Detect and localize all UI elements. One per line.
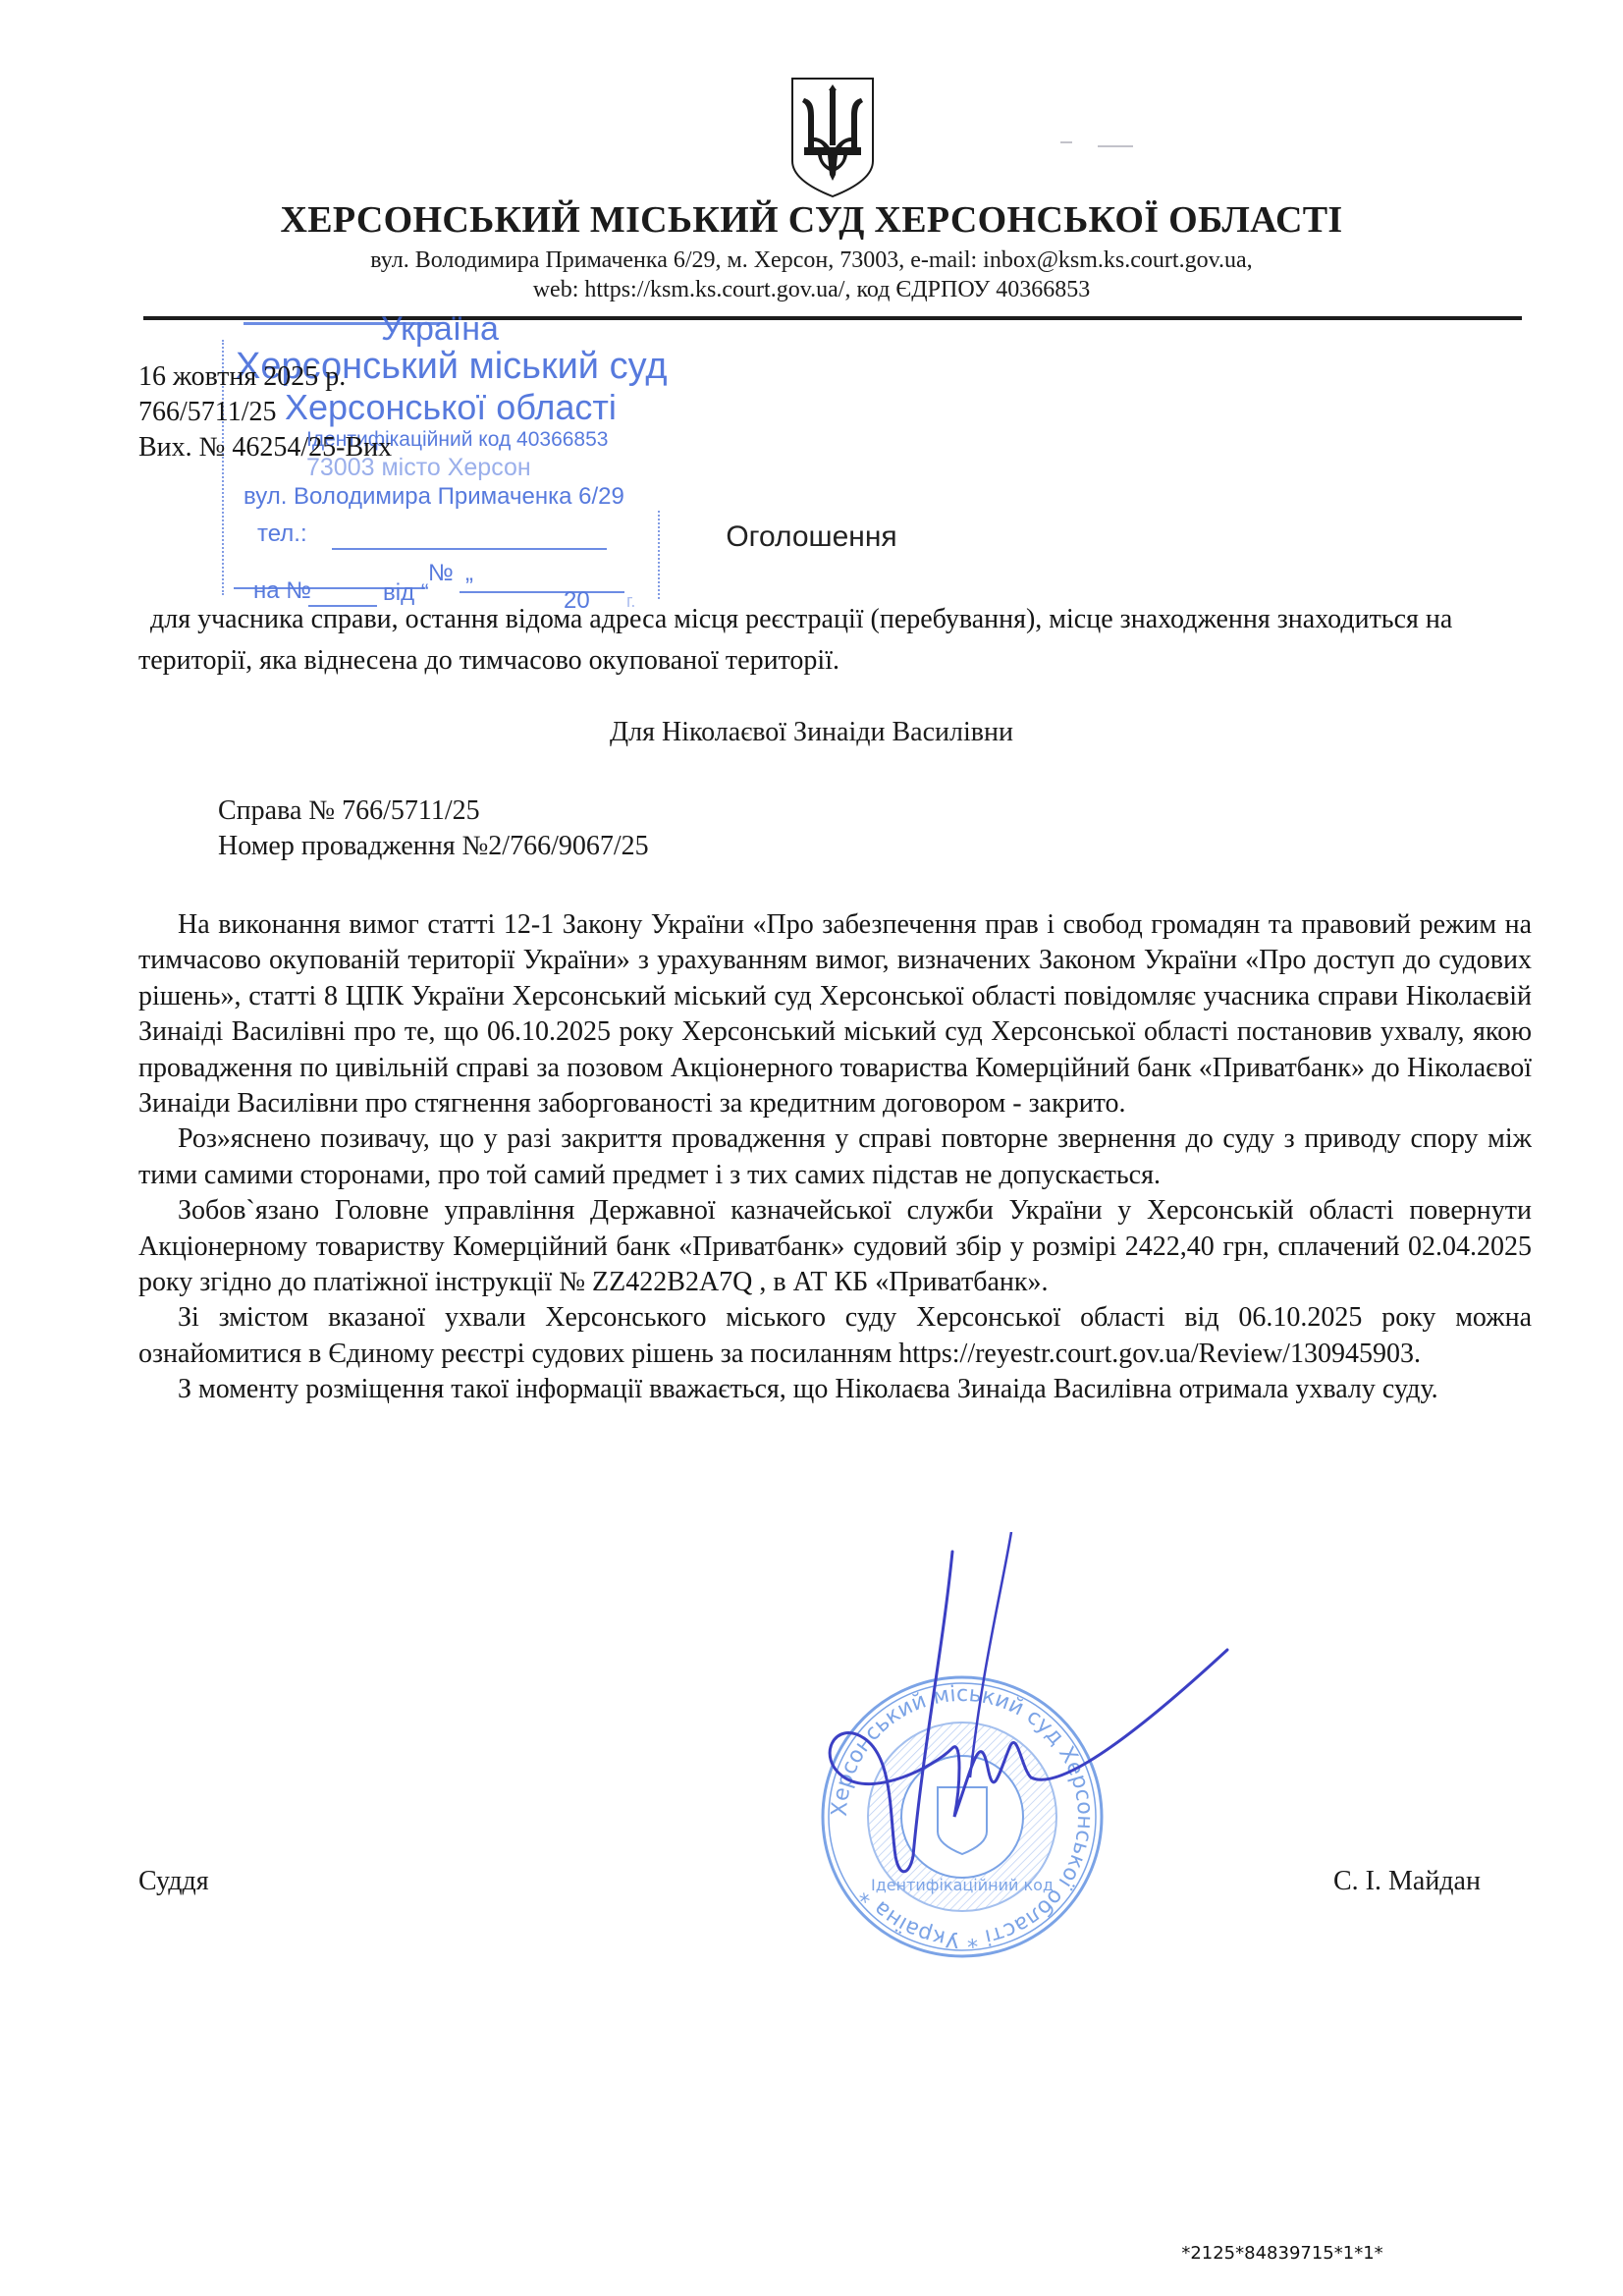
scan-smudge xyxy=(1098,145,1133,147)
stamp-line-street: вул. Володимира Примаченка 6/29 xyxy=(243,483,624,511)
judge-role: Суддя xyxy=(138,1866,209,1897)
judge-name: С. І. Майдан xyxy=(1333,1866,1481,1897)
body-paragraph: Зі змістом вказаної ухвали Херсонського … xyxy=(138,1300,1532,1372)
court-title: ХЕРСОНСЬКИЙ МІСЬКИЙ СУД ХЕРСОНСЬКОЇ ОБЛА… xyxy=(0,198,1623,242)
proceeding-number: Номер провадження №2/766/9067/25 xyxy=(218,831,649,862)
announcement-subtitle: для учасника справи, остання відома адре… xyxy=(138,599,1533,682)
stamp-quote-close: ” xyxy=(465,574,473,601)
stamp-reply-to-line xyxy=(308,605,377,607)
outgoing-number: Вих. № 46254/25-Вих xyxy=(138,432,392,464)
court-web-and-code: web: https://ksm.ks.court.gov.ua/, код Є… xyxy=(0,277,1623,303)
stamp-year-suffix: г. xyxy=(626,591,635,612)
body-paragraph: Роз»яснено позивачу, що у разі закриття … xyxy=(138,1121,1532,1193)
barcode-number: *2125*84839715*1*1* xyxy=(1031,2243,1534,2264)
stamp-year-label: 20 xyxy=(564,587,590,615)
body-paragraph: Зобов`язано Головне управління Державної… xyxy=(138,1193,1532,1300)
stamp-from-label: від “ xyxy=(383,579,429,607)
letter-date: 16 жовтня 2025 р. xyxy=(138,361,346,393)
document-barcode xyxy=(1031,2217,1534,2243)
stamp-number-line xyxy=(460,591,624,593)
scan-smudge xyxy=(1060,141,1072,143)
case-reference: 766/5711/25 xyxy=(138,397,277,428)
body-text: На виконання вимог статті 12-1 Закону Ук… xyxy=(138,907,1532,1408)
body-paragraph: З моменту розміщення такої інформації вв… xyxy=(138,1372,1532,1407)
judge-signature xyxy=(805,1532,1296,1905)
stamp-number-label: № xyxy=(428,560,454,587)
addressee: Для Ніколаєвої Зинаіди Василівни xyxy=(0,717,1623,748)
stamp-line-region: Херсонської області xyxy=(285,387,617,428)
stamp-tel-line xyxy=(332,548,607,550)
stamp-tel-label: тел.: xyxy=(257,520,307,548)
ukraine-trident-icon xyxy=(790,77,875,198)
stamp-line-country: Україна xyxy=(381,310,499,349)
case-number: Справа № 766/5711/25 xyxy=(218,795,480,827)
body-paragraph: На виконання вимог статті 12-1 Закону Ук… xyxy=(138,907,1532,1121)
stamp-border-right xyxy=(658,511,660,599)
stamp-reply-to-label: на № xyxy=(253,577,311,605)
court-address: вул. Володимира Примаченка 6/29, м. Херс… xyxy=(0,247,1623,274)
